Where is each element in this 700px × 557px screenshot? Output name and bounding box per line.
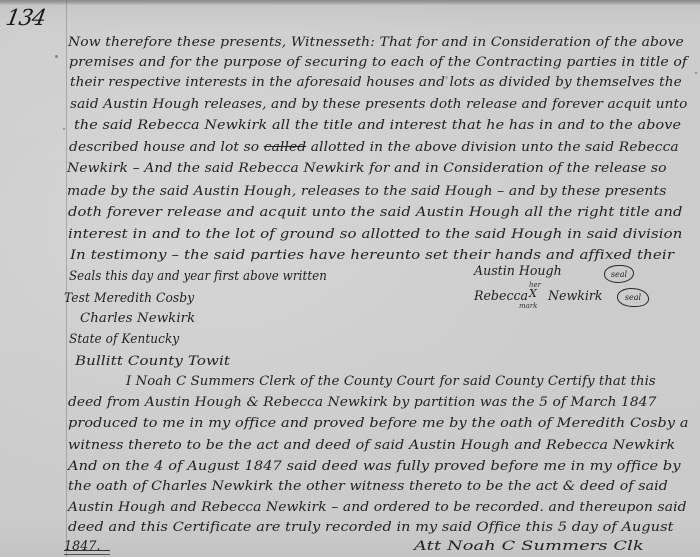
venue-county: Bullitt County Towit bbox=[75, 353, 230, 368]
deed-line-3: their respective interests in the afores… bbox=[70, 74, 682, 89]
certificate-line-6: the oath of Charles Newkirk the other wi… bbox=[68, 478, 668, 493]
certificate-line-8: deed and this Certificate are truly reco… bbox=[68, 519, 673, 534]
seal-label: seal bbox=[625, 293, 641, 302]
deed-line-12: Seals this day and year first above writ… bbox=[69, 268, 327, 283]
deed-line-7: Newkirk – And the said Rebecca Newkirk f… bbox=[67, 160, 667, 175]
left-margin-rule bbox=[66, 0, 67, 557]
certificate-line-7: Austin Hough and Rebecca Newkirk – and o… bbox=[68, 499, 687, 514]
attestation-witness2: Charles Newkirk bbox=[80, 310, 195, 325]
mark-x: X bbox=[529, 287, 537, 300]
deed-line-6: described house and lot so called allott… bbox=[69, 139, 679, 154]
deed-line-1: Now therefore these presents, Witnesseth… bbox=[68, 34, 684, 49]
attestation-test: Test Meredith Cosby bbox=[64, 290, 194, 305]
deed-line-10: interest in and to the lot of ground so … bbox=[68, 226, 683, 241]
certificate-line-3: produced to me in my office and proved b… bbox=[68, 415, 689, 430]
struck-word: called bbox=[264, 139, 306, 154]
deed-line-8: made by the said Austin Hough, releases … bbox=[67, 183, 666, 198]
page-number: 134 bbox=[4, 6, 47, 31]
certificate-line-5: And on the 4 of August 1847 said deed wa… bbox=[68, 458, 681, 473]
certificate-line-2: deed from Austin Hough & Rebecca Newkirk… bbox=[68, 394, 657, 409]
paper-speck bbox=[695, 72, 697, 74]
deed-line-6-start: described house and lot so bbox=[69, 139, 264, 154]
certificate-line-1: I Noah C Summers Clerk of the County Cou… bbox=[126, 373, 656, 388]
signature-mark-label: mark bbox=[519, 302, 537, 310]
deed-line-5: the said Rebecca Newkirk all the title a… bbox=[74, 117, 681, 132]
deed-line-11: In testimony – the said parties have her… bbox=[70, 247, 674, 262]
document-page: 134 Now therefore these presents, Witnes… bbox=[0, 0, 700, 557]
signature-rebecca-last: Newkirk bbox=[548, 288, 603, 303]
seal-icon: seal bbox=[604, 265, 634, 283]
scan-edge-shadow bbox=[0, 0, 700, 5]
deed-line-9: doth forever release and acquit unto the… bbox=[68, 204, 683, 219]
certificate-line-4: witness thereto to be the act and deed o… bbox=[68, 437, 675, 452]
seal-icon: seal bbox=[617, 288, 649, 307]
paper-speck bbox=[55, 55, 58, 58]
venue-state: State of Kentucky bbox=[69, 331, 179, 346]
signature-austin-hough: Austin Hough bbox=[474, 263, 562, 278]
closing-flourish bbox=[64, 550, 110, 555]
clerk-signature: Att Noah C Summers Clk bbox=[414, 538, 644, 553]
deed-line-6-end: allotted in the above division unto the … bbox=[306, 139, 679, 154]
signature-rebecca-first: Rebecca bbox=[474, 288, 528, 303]
seal-label: seal bbox=[611, 270, 627, 279]
paper-speck bbox=[63, 128, 65, 130]
deed-line-4: said Austin Hough releases, and by these… bbox=[70, 96, 687, 111]
deed-line-2: premises and for the purpose of securing… bbox=[69, 54, 687, 69]
